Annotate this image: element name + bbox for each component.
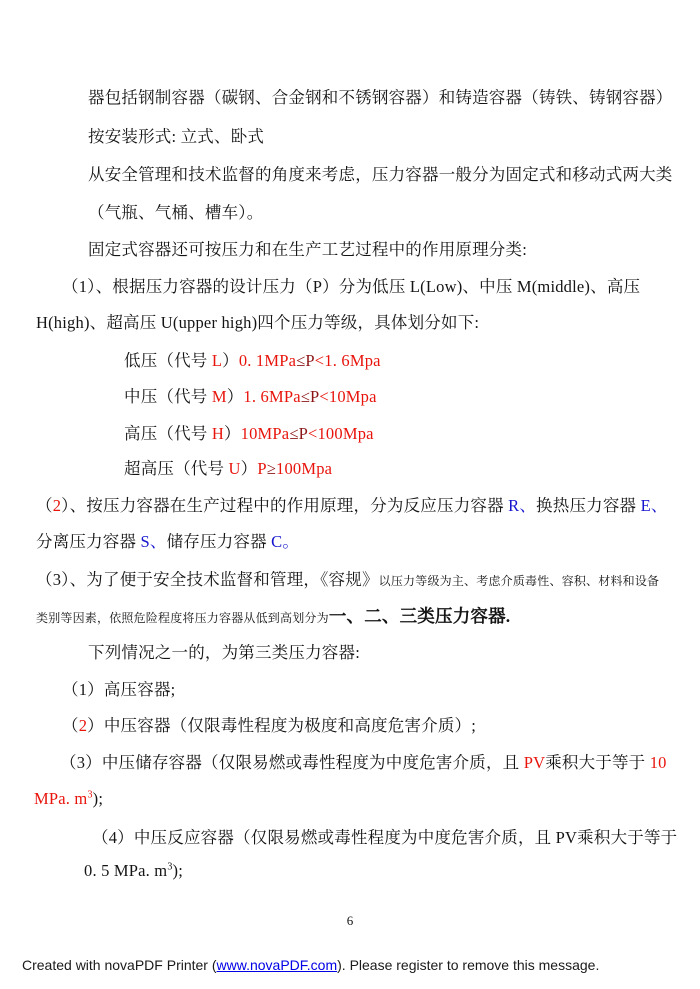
text-segment: 10 xyxy=(650,753,667,772)
text-segment: <100Mpa xyxy=(308,424,374,443)
text-line: 类别等因素，依照危险程度将压力容器从低到高划分为一、二、三类压力容器. xyxy=(36,606,510,627)
text-line: （4）中压反应容器（仅限易燃或毒性程度为中度危害介质，且 PV乘积大于等于 xyxy=(92,828,677,848)
text-segment: 以压力等级为主、考虑介质毒性、容积、材料和设备 xyxy=(379,574,660,588)
text-segment: 储存压力容器 xyxy=(167,532,272,551)
text-segment: 下列情况之一的，为第三类压力容器: xyxy=(88,643,360,662)
text-line: （1）、根据压力容器的设计压力（P）分为低压 L(Low)、中压 M(middl… xyxy=(62,277,640,297)
text-segment: 类别等因素，依照危险程度将压力容器从低到高划分为 xyxy=(36,611,329,625)
document-page: 器包括钢制容器（碳钢、合金钢和不锈钢容器）和铸造容器（铸铁、铸钢容器）按安装形式… xyxy=(0,0,700,989)
text-segment: 换热压力容器 xyxy=(536,496,641,515)
text-segment: 100Mpa xyxy=(276,459,332,478)
text-segment: <10Mpa xyxy=(319,387,376,406)
text-segment: 乘积大于等于 xyxy=(545,753,650,772)
text-segment: ); xyxy=(93,789,103,808)
text-segment: 一、二、三类压力容器. xyxy=(329,606,511,626)
footer-text-suffix: ). Please register to remove this messag… xyxy=(337,957,599,973)
text-segment: 中压（代号 xyxy=(124,387,212,406)
text-line: 固定式容器还可按压力和在生产工艺过程中的作用原理分类: xyxy=(88,240,527,260)
text-line: （气瓶、气桶、槽车）。 xyxy=(88,203,263,223)
text-segment: （3）、为了便于安全技术监督和管理，《容规》 xyxy=(36,570,379,589)
text-segment: 2 xyxy=(53,496,61,515)
footer-text-prefix: Created with novaPDF Printer ( xyxy=(22,957,217,973)
text-segment: （ xyxy=(62,716,79,735)
text-segment: ） xyxy=(224,424,241,443)
text-segment: 超高压（代号 xyxy=(124,459,229,478)
text-line: 下列情况之一的，为第三类压力容器: xyxy=(88,643,360,663)
text-line: 按安装形式: 立式、卧式 xyxy=(88,127,264,147)
text-line: （3）中压储存容器（仅限易燃或毒性程度为中度危害介质，且 PV乘积大于等于 10 xyxy=(60,753,667,773)
text-segment: 低压（代号 xyxy=(124,351,212,370)
text-segment: 10MPa xyxy=(241,424,290,443)
text-line: MPa. m3); xyxy=(34,789,103,809)
text-segment: ）中压容器（仅限毒性程度为极度和高度危害介质）; xyxy=(87,716,476,735)
text-segment: 器包括钢制容器（碳钢、合金钢和不锈钢容器）和铸造容器（铸铁、铸钢容器） xyxy=(88,88,673,107)
text-segment: （ xyxy=(36,496,53,515)
text-line: 超高压（代号 U）P≥100Mpa xyxy=(124,459,332,479)
text-line: （2）中压容器（仅限毒性程度为极度和高度危害介质）; xyxy=(62,716,476,736)
text-segment: ≤P xyxy=(301,387,320,406)
text-segment: M xyxy=(212,387,227,406)
text-segment: PV xyxy=(524,753,546,772)
text-segment: ） xyxy=(227,387,244,406)
text-line: 从安全管理和技术监督的角度来考虑，压力容器一般分为固定式和移动式两大类 xyxy=(88,165,673,185)
text-segment: （1）、根据压力容器的设计压力（P）分为低压 L(Low)、中压 M(middl… xyxy=(62,277,640,296)
text-segment: 按安装形式: 立式、卧式 xyxy=(88,127,264,146)
text-segment: L xyxy=(212,351,222,370)
text-line: 器包括钢制容器（碳钢、合金钢和不锈钢容器）和铸造容器（铸铁、铸钢容器） xyxy=(88,88,673,108)
text-segment: ≥ xyxy=(267,459,276,478)
text-segment: S、 xyxy=(141,532,167,551)
text-segment: （3）中压储存容器（仅限易燃或毒性程度为中度危害介质，且 xyxy=(60,753,524,772)
text-segment: MPa. m xyxy=(34,789,87,808)
text-segment: 高压（代号 xyxy=(124,424,212,443)
text-line: 0. 5 MPa. m3); xyxy=(84,861,183,881)
text-segment: 2 xyxy=(79,716,87,735)
footer: Created with novaPDF Printer (www.novaPD… xyxy=(22,957,599,973)
text-segment: P xyxy=(257,459,266,478)
text-segment: 分离压力容器 xyxy=(36,532,141,551)
text-segment: ） xyxy=(241,459,258,478)
text-line: 分离压力容器 S、储存压力容器 C。 xyxy=(36,532,299,552)
text-segment: 0. 5 MPa. m xyxy=(84,861,167,880)
text-segment: ≤P xyxy=(289,424,308,443)
text-segment: （气瓶、气桶、槽车）。 xyxy=(88,203,263,222)
text-line: H(high)、超高压 U(upper high)四个压力等级，具体划分如下: xyxy=(36,313,479,333)
text-segment: ）、按压力容器在生产过程中的作用原理，分为反应压力容器 xyxy=(61,496,508,515)
text-line: 中压（代号 M）1. 6MPa≤P<10Mpa xyxy=(124,387,377,407)
text-segment: 1. 6MPa xyxy=(243,387,300,406)
text-segment: H(high)、超高压 U(upper high)四个压力等级，具体划分如下: xyxy=(36,313,479,332)
text-segment: ） xyxy=(222,351,239,370)
text-segment: 固定式容器还可按压力和在生产工艺过程中的作用原理分类: xyxy=(88,240,527,259)
text-segment: （4）中压反应容器（仅限易燃或毒性程度为中度危害介质，且 PV乘积大于等于 xyxy=(92,828,677,847)
text-line: （1）高压容器; xyxy=(62,680,175,700)
page-number: 6 xyxy=(0,913,700,929)
document-body: 器包括钢制容器（碳钢、合金钢和不锈钢容器）和铸造容器（铸铁、铸钢容器）按安装形式… xyxy=(0,0,700,989)
text-segment: <1. 6Mpa xyxy=(315,351,381,370)
text-segment: 从安全管理和技术监督的角度来考虑，压力容器一般分为固定式和移动式两大类 xyxy=(88,165,673,184)
text-segment: E、 xyxy=(641,496,668,515)
text-line: （3）、为了便于安全技术监督和管理，《容规》以压力等级为主、考虑介质毒性、容积、… xyxy=(36,570,659,590)
text-segment: C。 xyxy=(271,532,299,551)
text-line: 低压（代号 L）0. 1MPa≤P<1. 6Mpa xyxy=(124,351,381,371)
novapdf-link[interactable]: www.novaPDF.com xyxy=(217,957,338,973)
text-segment: 0. 1MPa xyxy=(239,351,296,370)
text-segment: U xyxy=(229,459,241,478)
text-segment: R、 xyxy=(508,496,536,515)
text-line: 高压（代号 H）10MPa≤P<100Mpa xyxy=(124,424,374,444)
text-segment: （1）高压容器; xyxy=(62,680,175,699)
text-segment: H xyxy=(212,424,224,443)
text-segment: ); xyxy=(173,861,183,880)
text-segment: ≤P xyxy=(296,351,315,370)
text-line: （2）、按压力容器在生产过程中的作用原理，分为反应压力容器 R、换热压力容器 E… xyxy=(36,496,668,516)
